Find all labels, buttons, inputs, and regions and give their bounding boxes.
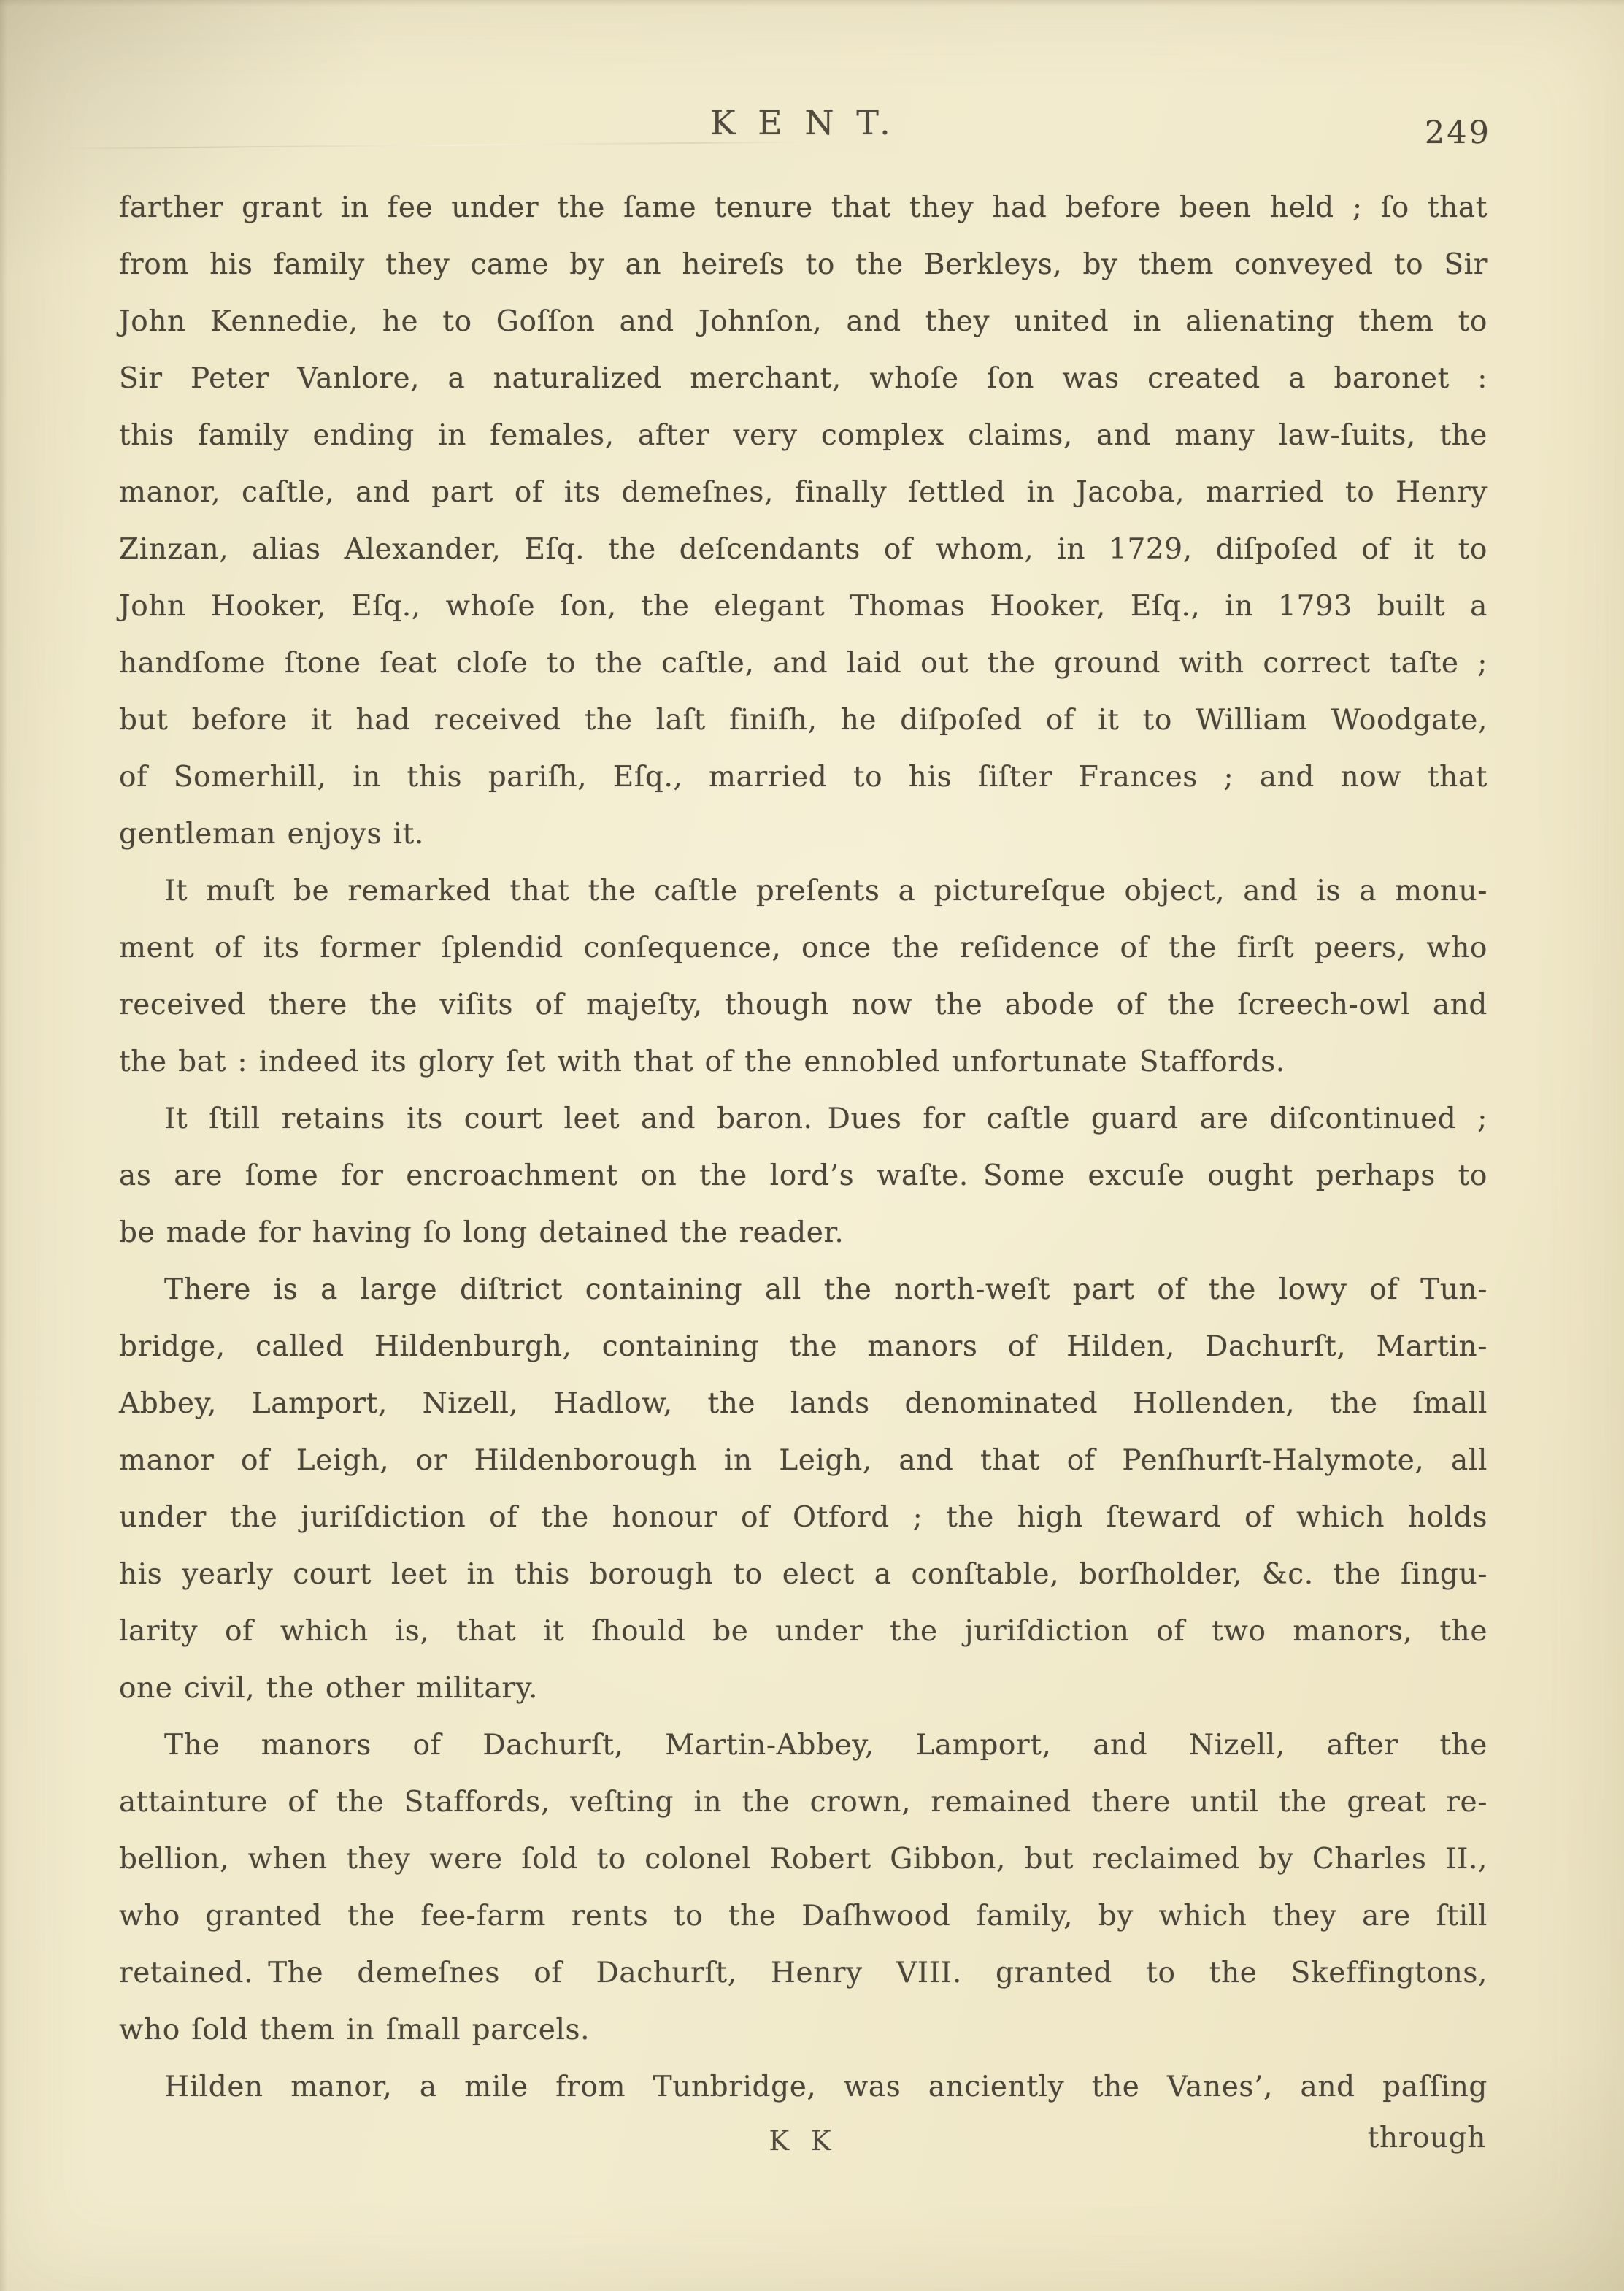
text-line: Sir Peter Vanlore, a naturalized merchan… [119,350,1488,407]
text-line: It ſtill retains its court leet and baro… [119,1091,1488,1148]
text-line: Zinzan, alias Alexander, Eſq. the deſcen… [119,521,1488,578]
signature-mark: K K [769,2119,837,2163]
text-line: one civil, the other military. [119,1660,1488,1717]
text-line: The manors of Dachurſt, Martin-Abbey, La… [119,1717,1488,1774]
text-line: under the juriſdiction of the honour of … [119,1489,1488,1546]
text-line: farther grant in fee under the ſame tenu… [119,180,1488,237]
paragraph: It muſt be remarked that the caſtle preſ… [119,863,1488,1091]
text-line: received there the viſits of majeſty, th… [119,977,1488,1034]
text-line: be made for having ſo long detained the … [119,1205,1488,1262]
page-footer: K K through [119,2119,1488,2178]
text-line: who ſold them in ſmall parcels. [119,2002,1488,2059]
text-line: John Kennedie, he to Goſſon and Johnſon,… [119,293,1488,350]
text-line: John Hooker, Eſq., whoſe ſon, the elegan… [119,578,1488,635]
text-line: Abbey, Lamport, Nizell, Hadlow, the land… [119,1375,1488,1432]
paragraph: The manors of Dachurſt, Martin-Abbey, La… [119,1717,1488,2059]
text-line: this family ending in females, after ver… [119,407,1488,464]
text-line: Hilden manor, a mile from Tunbridge, was… [119,2059,1488,2116]
book-page: K E N T. 249 farther grant in fee under … [0,0,1624,2291]
text-line: attainture of the Staffords, veſting in … [119,1774,1488,1831]
text-line: ment of its former ſplendid conſequence,… [119,920,1488,977]
text-line: as are ſome for encroachment on the lord… [119,1148,1488,1205]
text-line: who granted the fee-farm rents to the Da… [119,1888,1488,1945]
body-text: farther grant in fee under the ſame tenu… [119,180,1488,2116]
paragraph: It ſtill retains its court leet and baro… [119,1091,1488,1262]
text-line: bellion, when they were ſold to colonel … [119,1831,1488,1888]
paragraph: farther grant in fee under the ſame tenu… [119,180,1488,863]
page-number: 249 [1425,115,1491,151]
page-title: K E N T. [119,103,1488,142]
text-line: the bat : indeed its glory ſet with that… [119,1034,1488,1091]
text-line: manor of Leigh, or Hildenborough in Leig… [119,1432,1488,1489]
text-line: There is a large diſtrict containing all… [119,1262,1488,1319]
text-line: of Somerhill, in this pariſh, Eſq., marr… [119,749,1488,806]
text-line: bridge, called Hildenburgh, containing t… [119,1319,1488,1375]
text-line: handſome ſtone ſeat cloſe to the caſtle,… [119,635,1488,692]
text-line: gentleman enjoys it. [119,806,1488,863]
scan-crease [62,142,807,150]
paragraph: There is a large diſtrict containing all… [119,1262,1488,1717]
text-line: manor, caſtle, and part of its demeſnes,… [119,464,1488,521]
text-line: his yearly court leet in this borough to… [119,1546,1488,1603]
text-line: retained. The demeſnes of Dachurſt, Henr… [119,1945,1488,2002]
catchword: through [1368,2117,1486,2160]
text-line: from his family they came by an heireſs … [119,237,1488,293]
paragraph: Hilden manor, a mile from Tunbridge, was… [119,2059,1488,2116]
text-line: but before it had received the laſt fini… [119,692,1488,749]
text-line: It muſt be remarked that the caſtle preſ… [119,863,1488,920]
text-line: larity of which is, that it ſhould be un… [119,1603,1488,1660]
